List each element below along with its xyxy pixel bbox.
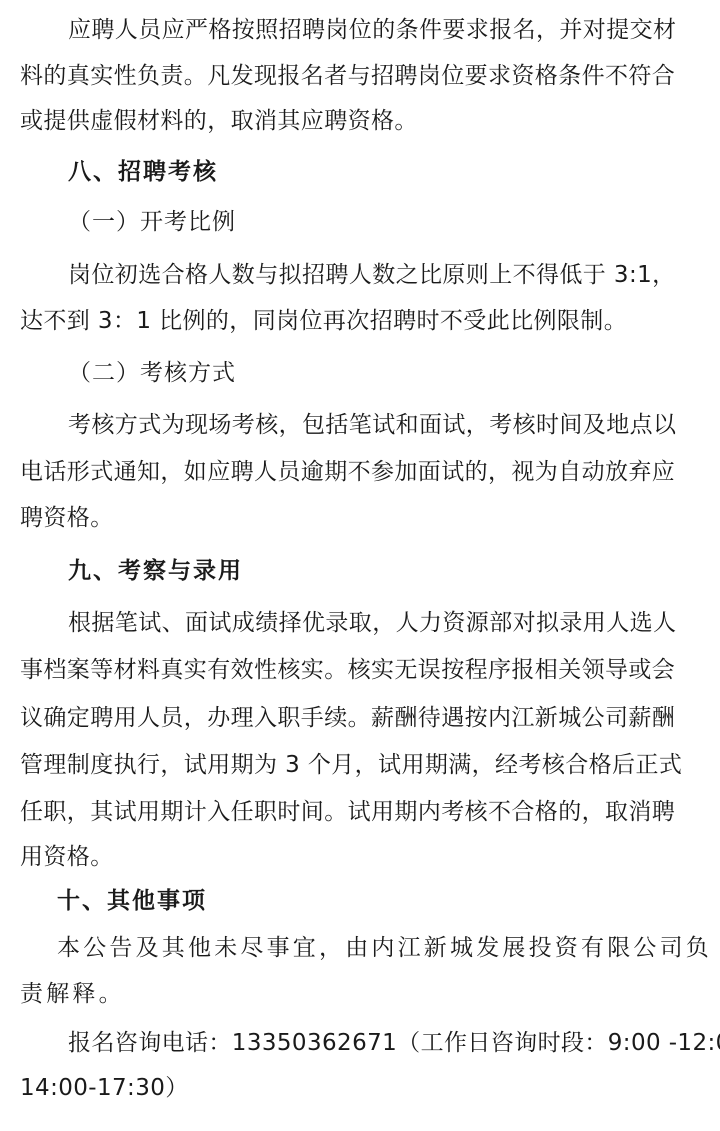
contact-phone-line-1: 报名咨询电话：13350362671（工作日咨询时段：9:00 -12:00，: [68, 1028, 720, 1058]
subsection-8-1-body-line-2: 达不到 3：1 比例的，同岗位再次招聘时不受此比例限制。: [20, 306, 627, 336]
section-10-heading: 十、其他事项: [57, 886, 207, 916]
subsection-8-2-body-line-3: 聘资格。: [20, 503, 114, 533]
section-9-body-line-6: 用资格。: [20, 842, 114, 872]
section-10-body-line-2: 责解释。: [20, 979, 125, 1009]
section-9-body-line-2: 事档案等材料真实有效性核实。核实无误按程序报相关领导或会: [20, 655, 675, 685]
subsection-8-2-heading: （二）考核方式: [68, 358, 236, 388]
subsection-8-1-body-line-1: 岗位初选合格人数与拟招聘人数之比原则上不得低于 3:1，: [68, 260, 676, 290]
section-8-heading: 八、招聘考核: [68, 157, 218, 187]
intro-paragraph-line-3: 或提供虚假材料的，取消其应聘资格。: [20, 106, 418, 136]
subsection-8-1-heading: （一）开考比例: [68, 207, 236, 237]
subsection-8-2-body-line-1: 考核方式为现场考核，包括笔试和面试，考核时间及地点以: [68, 410, 676, 440]
section-10-body-line-1: 本公告及其他未尽事宜，由内江新城发展投资有限公司负: [57, 933, 712, 963]
section-9-body-line-3: 议确定聘用人员，办理入职手续。薪酬待遇按内江新城公司薪酬: [20, 703, 675, 733]
section-9-body-line-4: 管理制度执行，试用期为 3 个月，试用期满，经考核合格后正式: [20, 750, 682, 780]
subsection-8-2-body-line-2: 电话形式通知，如应聘人员逾期不参加面试的，视为自动放弃应: [20, 457, 675, 487]
section-9-heading: 九、考察与录用: [68, 556, 243, 586]
section-9-body-line-1: 根据笔试、面试成绩择优录取，人力资源部对拟录用人选人: [68, 608, 676, 638]
intro-paragraph-line-1: 应聘人员应严格按照招聘岗位的条件要求报名，并对提交材: [68, 15, 676, 45]
section-9-body-line-5: 任职，其试用期计入任职时间。试用期内考核不合格的，取消聘: [20, 797, 675, 827]
intro-paragraph-line-2: 料的真实性负责。凡发现报名者与招聘岗位要求资格条件不符合: [20, 61, 675, 91]
contact-phone-line-2: 14:00-17:30）: [20, 1073, 189, 1103]
